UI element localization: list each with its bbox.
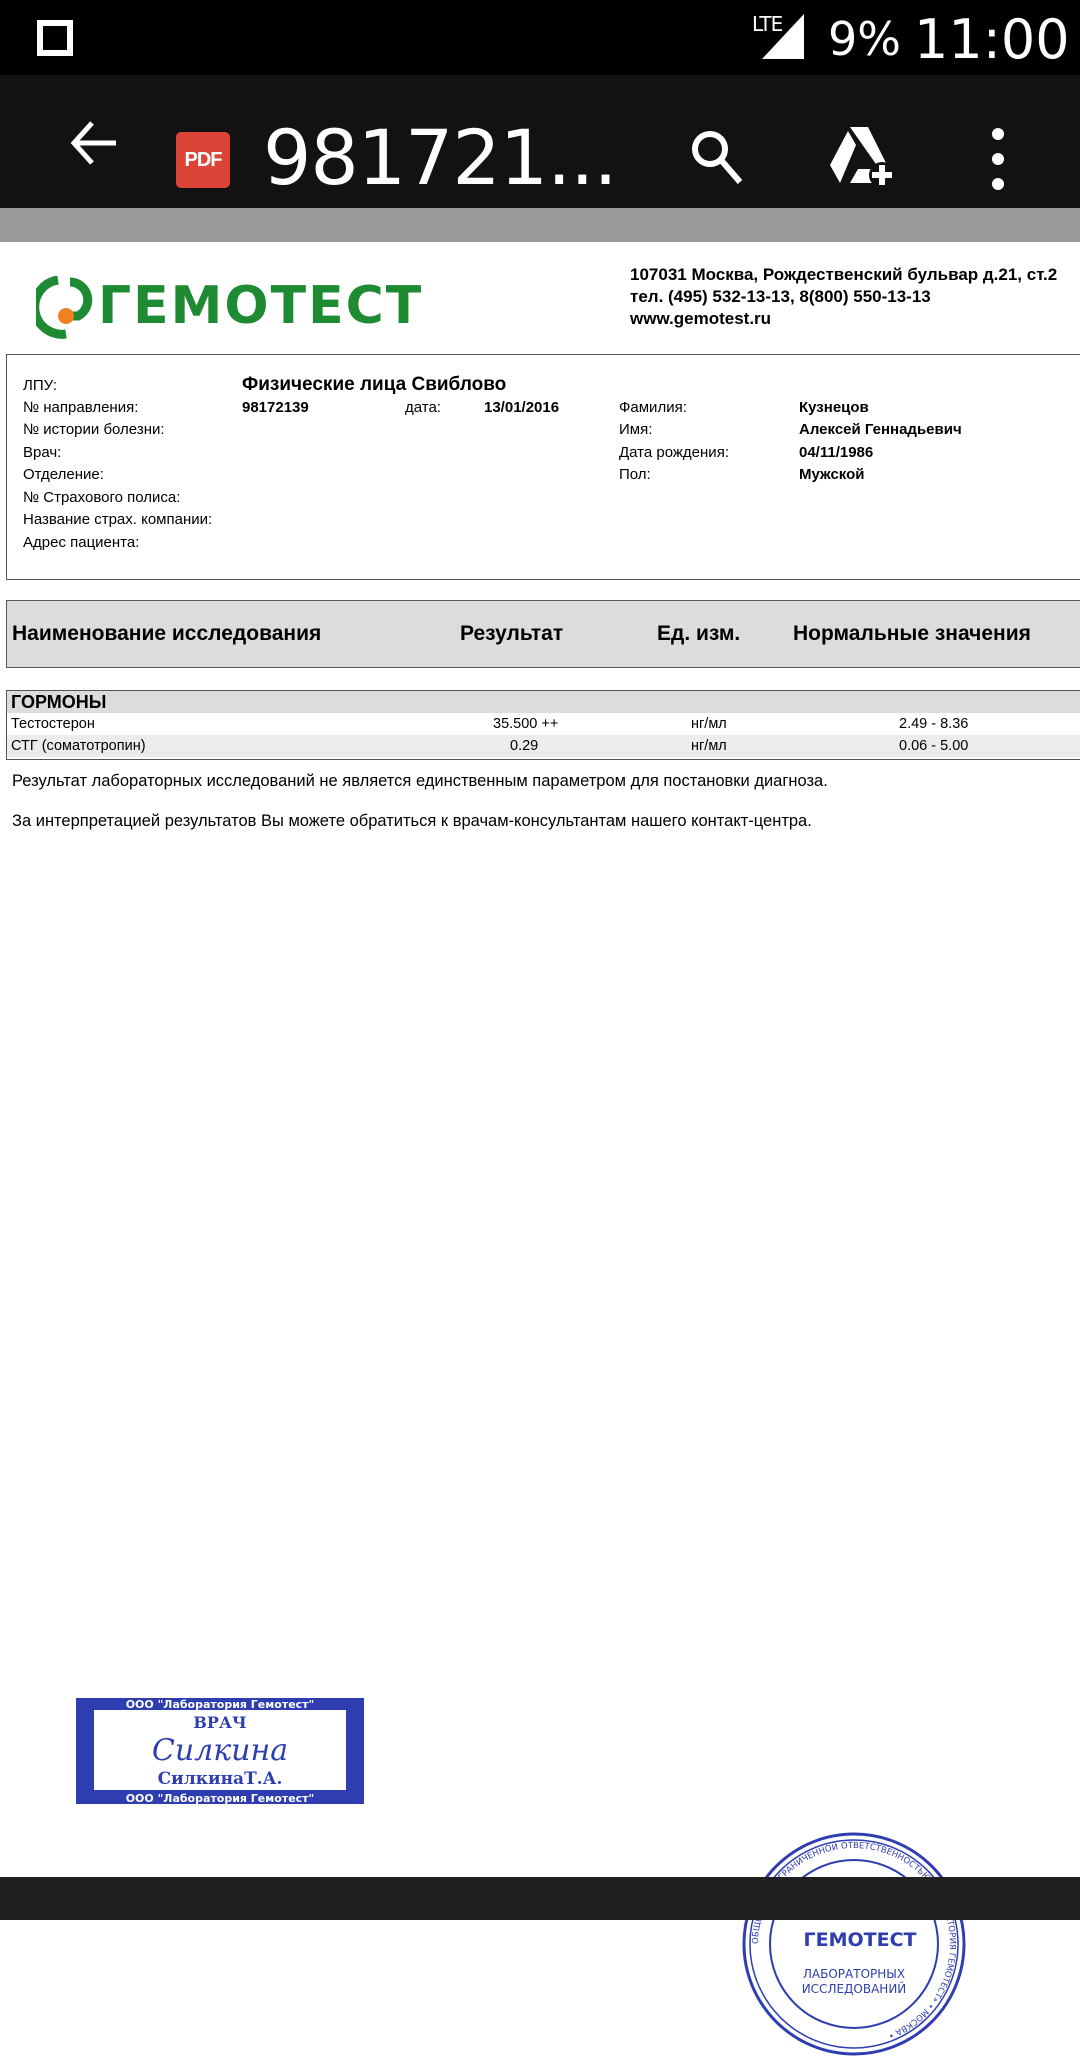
svg-text:ВРАЧ: ВРАЧ xyxy=(193,1713,246,1732)
lpu-value: Физические лица Свиблово xyxy=(242,374,506,396)
gemotest-logo: ГЕМОТЕСТ xyxy=(36,266,406,346)
date-label: дата: xyxy=(405,399,441,416)
lab-address: 107031 Москва, Рождественский бульвар д.… xyxy=(630,264,1057,330)
website-link[interactable]: www.gemotest.ru xyxy=(630,308,1057,330)
insurer-label: Название страх. компании: xyxy=(23,511,212,528)
svg-text:ООО "Лаборатория Гемотест": ООО "Лаборатория Гемотест" xyxy=(126,1792,315,1804)
test-unit: нг/мл xyxy=(691,735,727,757)
back-arrow-icon[interactable] xyxy=(68,117,120,169)
patient-info-box: ЛПУ: Физические лица Свиблово № направле… xyxy=(6,354,1080,580)
date-value: 13/01/2016 xyxy=(484,399,559,416)
page-gap xyxy=(0,208,1080,242)
search-icon[interactable] xyxy=(688,127,748,187)
header-range: Нормальные значения xyxy=(793,622,1031,646)
group-header: ГОРМОНЫ xyxy=(7,691,1080,713)
header-unit: Ед. изм. xyxy=(657,622,740,646)
pdf-file-icon: PDF xyxy=(176,132,230,188)
results-header: Наименование исследования Результат Ед. … xyxy=(6,600,1080,668)
status-bar: LTE 9% 11:00 xyxy=(0,0,1080,75)
more-vert-icon[interactable] xyxy=(988,127,1008,191)
pdf-page[interactable]: ГЕМОТЕСТ 107031 Москва, Рождественский б… xyxy=(0,242,1080,1877)
referral-label: № направления: xyxy=(23,399,138,416)
battery-level: 9% xyxy=(828,12,901,66)
doctor-label: Врач: xyxy=(23,444,61,461)
doctor-stamp: ООО "Лаборатория Гемотест" ООО "Лаборато… xyxy=(76,1698,364,1804)
test-range: 0.06 - 5.00 xyxy=(899,735,968,757)
svg-text:СилкинаТ.А.: СилкинаТ.А. xyxy=(158,1769,283,1789)
clock: 11:00 xyxy=(914,8,1070,71)
name-label: Имя: xyxy=(619,421,652,438)
dob-value: 04/11/1986 xyxy=(799,444,873,461)
header-result: Результат xyxy=(460,622,563,646)
dob-label: Дата рождения: xyxy=(619,444,729,461)
name-value: Алексей Геннадьевич xyxy=(799,421,962,438)
phone-line: тел. (495) 532-13-13, 8(800) 550-13-13 xyxy=(630,286,1057,308)
signal-icon xyxy=(762,14,804,59)
sex-label: Пол: xyxy=(619,466,651,483)
lpu-label: ЛПУ: xyxy=(23,377,57,394)
add-to-drive-icon[interactable] xyxy=(828,127,898,189)
test-result: 35.500 ++ xyxy=(493,713,558,735)
address-line: 107031 Москва, Рождественский бульвар д.… xyxy=(630,264,1057,286)
app-bar: PDF 981721... xyxy=(0,75,1080,208)
svg-text:Силкина: Силкина xyxy=(152,1733,288,1768)
surname-value: Кузнецов xyxy=(799,399,869,416)
department-label: Отделение: xyxy=(23,466,104,483)
test-name: Тестостерон xyxy=(11,713,95,735)
test-range: 2.49 - 8.36 xyxy=(899,713,968,735)
results-table: ГОРМОНЫ Тестостерон 35.500 ++ нг/мл 2.49… xyxy=(6,690,1080,760)
disclaimer-note: Результат лабораторных исследований не я… xyxy=(12,772,828,791)
recents-icon xyxy=(37,20,73,56)
history-label: № истории болезни: xyxy=(23,421,165,438)
contact-note: За интерпретацией результатов Вы можете … xyxy=(12,812,812,831)
sex-value: Мужской xyxy=(799,466,865,483)
table-row: СТГ (соматотропин) 0.29 нг/мл 0.06 - 5.0… xyxy=(7,735,1080,757)
logo-mark-icon xyxy=(36,276,96,340)
document-title: 981721... xyxy=(263,113,617,202)
header-test-name: Наименование исследования xyxy=(12,622,321,646)
test-unit: нг/мл xyxy=(691,713,727,735)
svg-text:ООО "Лаборатория Гемотест": ООО "Лаборатория Гемотест" xyxy=(126,1698,315,1711)
referral-value: 98172139 xyxy=(242,399,309,416)
navigation-bar xyxy=(0,1877,1080,1920)
test-name: СТГ (соматотропин) xyxy=(11,735,146,757)
insurance-label: № Страхового полиса: xyxy=(23,489,180,506)
surname-label: Фамилия: xyxy=(619,399,687,416)
table-row: Тестостерон 35.500 ++ нг/мл 2.49 - 8.36 xyxy=(7,713,1080,735)
patient-address-label: Адрес пациента: xyxy=(23,534,139,551)
logo-text: ГЕМОТЕСТ xyxy=(98,276,423,336)
test-result: 0.29 xyxy=(510,735,538,757)
